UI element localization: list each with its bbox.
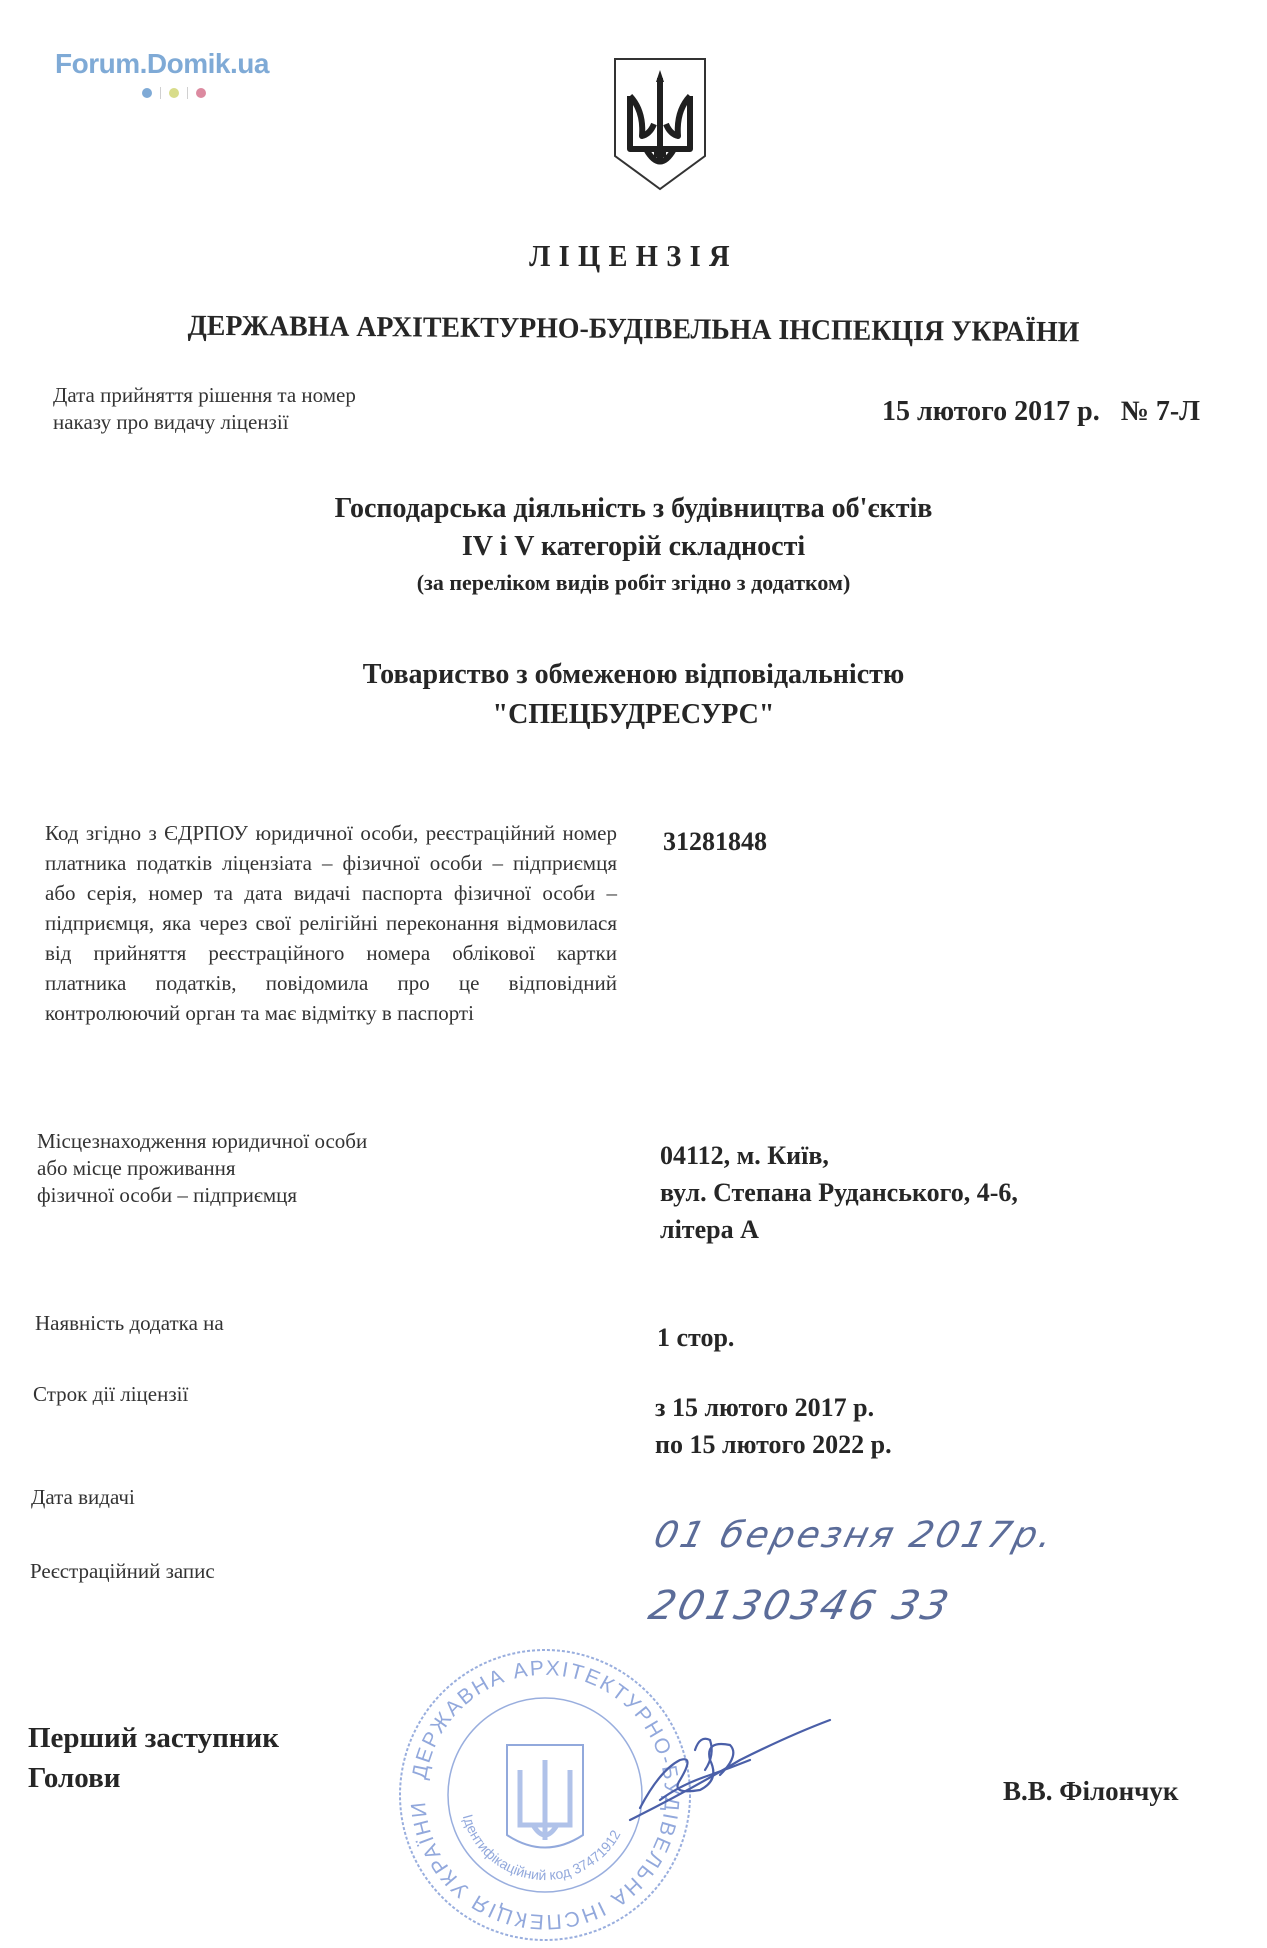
term-label: Строк дії ліцензії: [33, 1381, 188, 1408]
company-line2: "СПЕЦБУДРЕСУРС": [0, 695, 1267, 735]
registry-record-handwritten: 20130346 33: [644, 1583, 956, 1629]
location-value: 04112, м. Київ, вул. Степана Руданського…: [660, 1137, 1018, 1248]
activity-description: Господарська діяльність з будівництва об…: [0, 490, 1267, 600]
signatory-position-line2: Голови: [28, 1758, 279, 1798]
issuing-authority: ДЕРЖАВНА АРХІТЕКТУРНО-БУДІВЕЛЬНА ІНСПЕКЦ…: [25, 309, 1242, 351]
term-value: з 15 лютого 2017 р. по 15 лютого 2022 р.: [655, 1389, 892, 1463]
watermark-logo: Forum.Domik.ua: [55, 48, 269, 80]
dot-yellow: [169, 88, 179, 98]
location-value-line3: літера А: [660, 1211, 1018, 1248]
edrpou-label: Код згідно з ЄДРПОУ юридичної особи, реє…: [45, 818, 617, 1028]
issue-date-label: Дата видачі: [31, 1484, 135, 1511]
issue-date-handwritten: 01 березня 2017р.: [650, 1515, 1060, 1556]
trident-coat-of-arms-icon: [612, 56, 708, 197]
dot-separator: [187, 87, 188, 99]
company-name: Товариство з обмеженою відповідальністю …: [0, 655, 1267, 735]
signatory-name: В.В. Філончук: [1003, 1776, 1178, 1807]
appendix-value: 1 стор.: [657, 1319, 734, 1356]
dot-pink: [196, 88, 206, 98]
company-line1: Товариство з обмеженою відповідальністю: [0, 655, 1267, 695]
location-label-line1: Місцезнаходження юридичної особи: [37, 1128, 367, 1155]
dot-separator: [160, 87, 161, 99]
decision-label: Дата прийняття рішення та номер наказу п…: [53, 382, 356, 436]
decision-label-line2: наказу про видачу ліцензії: [53, 409, 356, 436]
term-value-from: з 15 лютого 2017 р.: [655, 1389, 892, 1426]
activity-line1: Господарська діяльність з будівництва об…: [0, 490, 1267, 528]
term-value-to: по 15 лютого 2022 р.: [655, 1426, 892, 1463]
watermark-dots: [142, 87, 206, 99]
activity-line3: (за переліком видів робіт згідно з додат…: [0, 566, 1267, 600]
registry-record-label: Реєстраційний запис: [30, 1558, 215, 1585]
location-label: Місцезнаходження юридичної особи або міс…: [37, 1128, 367, 1209]
location-value-line1: 04112, м. Київ,: [660, 1137, 1018, 1174]
location-label-line3: фізичної особи – підприємця: [37, 1182, 367, 1209]
decision-label-line1: Дата прийняття рішення та номер: [53, 382, 356, 409]
document-title: ЛІЦЕНЗІЯ: [51, 238, 1217, 274]
location-label-line2: або місце проживання: [37, 1155, 367, 1182]
signatory-position: Перший заступник Голови: [28, 1718, 279, 1798]
edrpou-value: 31281848: [663, 823, 767, 860]
appendix-label: Наявність додатка на: [35, 1310, 224, 1337]
signatory-position-line1: Перший заступник: [28, 1718, 279, 1758]
dot-blue: [142, 88, 152, 98]
decision-date-number: 15 лютого 2017 р. № 7-Л: [882, 393, 1200, 430]
activity-line2: IV і V категорій складності: [0, 528, 1267, 566]
location-value-line2: вул. Степана Руданського, 4-6,: [660, 1174, 1018, 1211]
handwritten-signature: [600, 1700, 840, 1835]
